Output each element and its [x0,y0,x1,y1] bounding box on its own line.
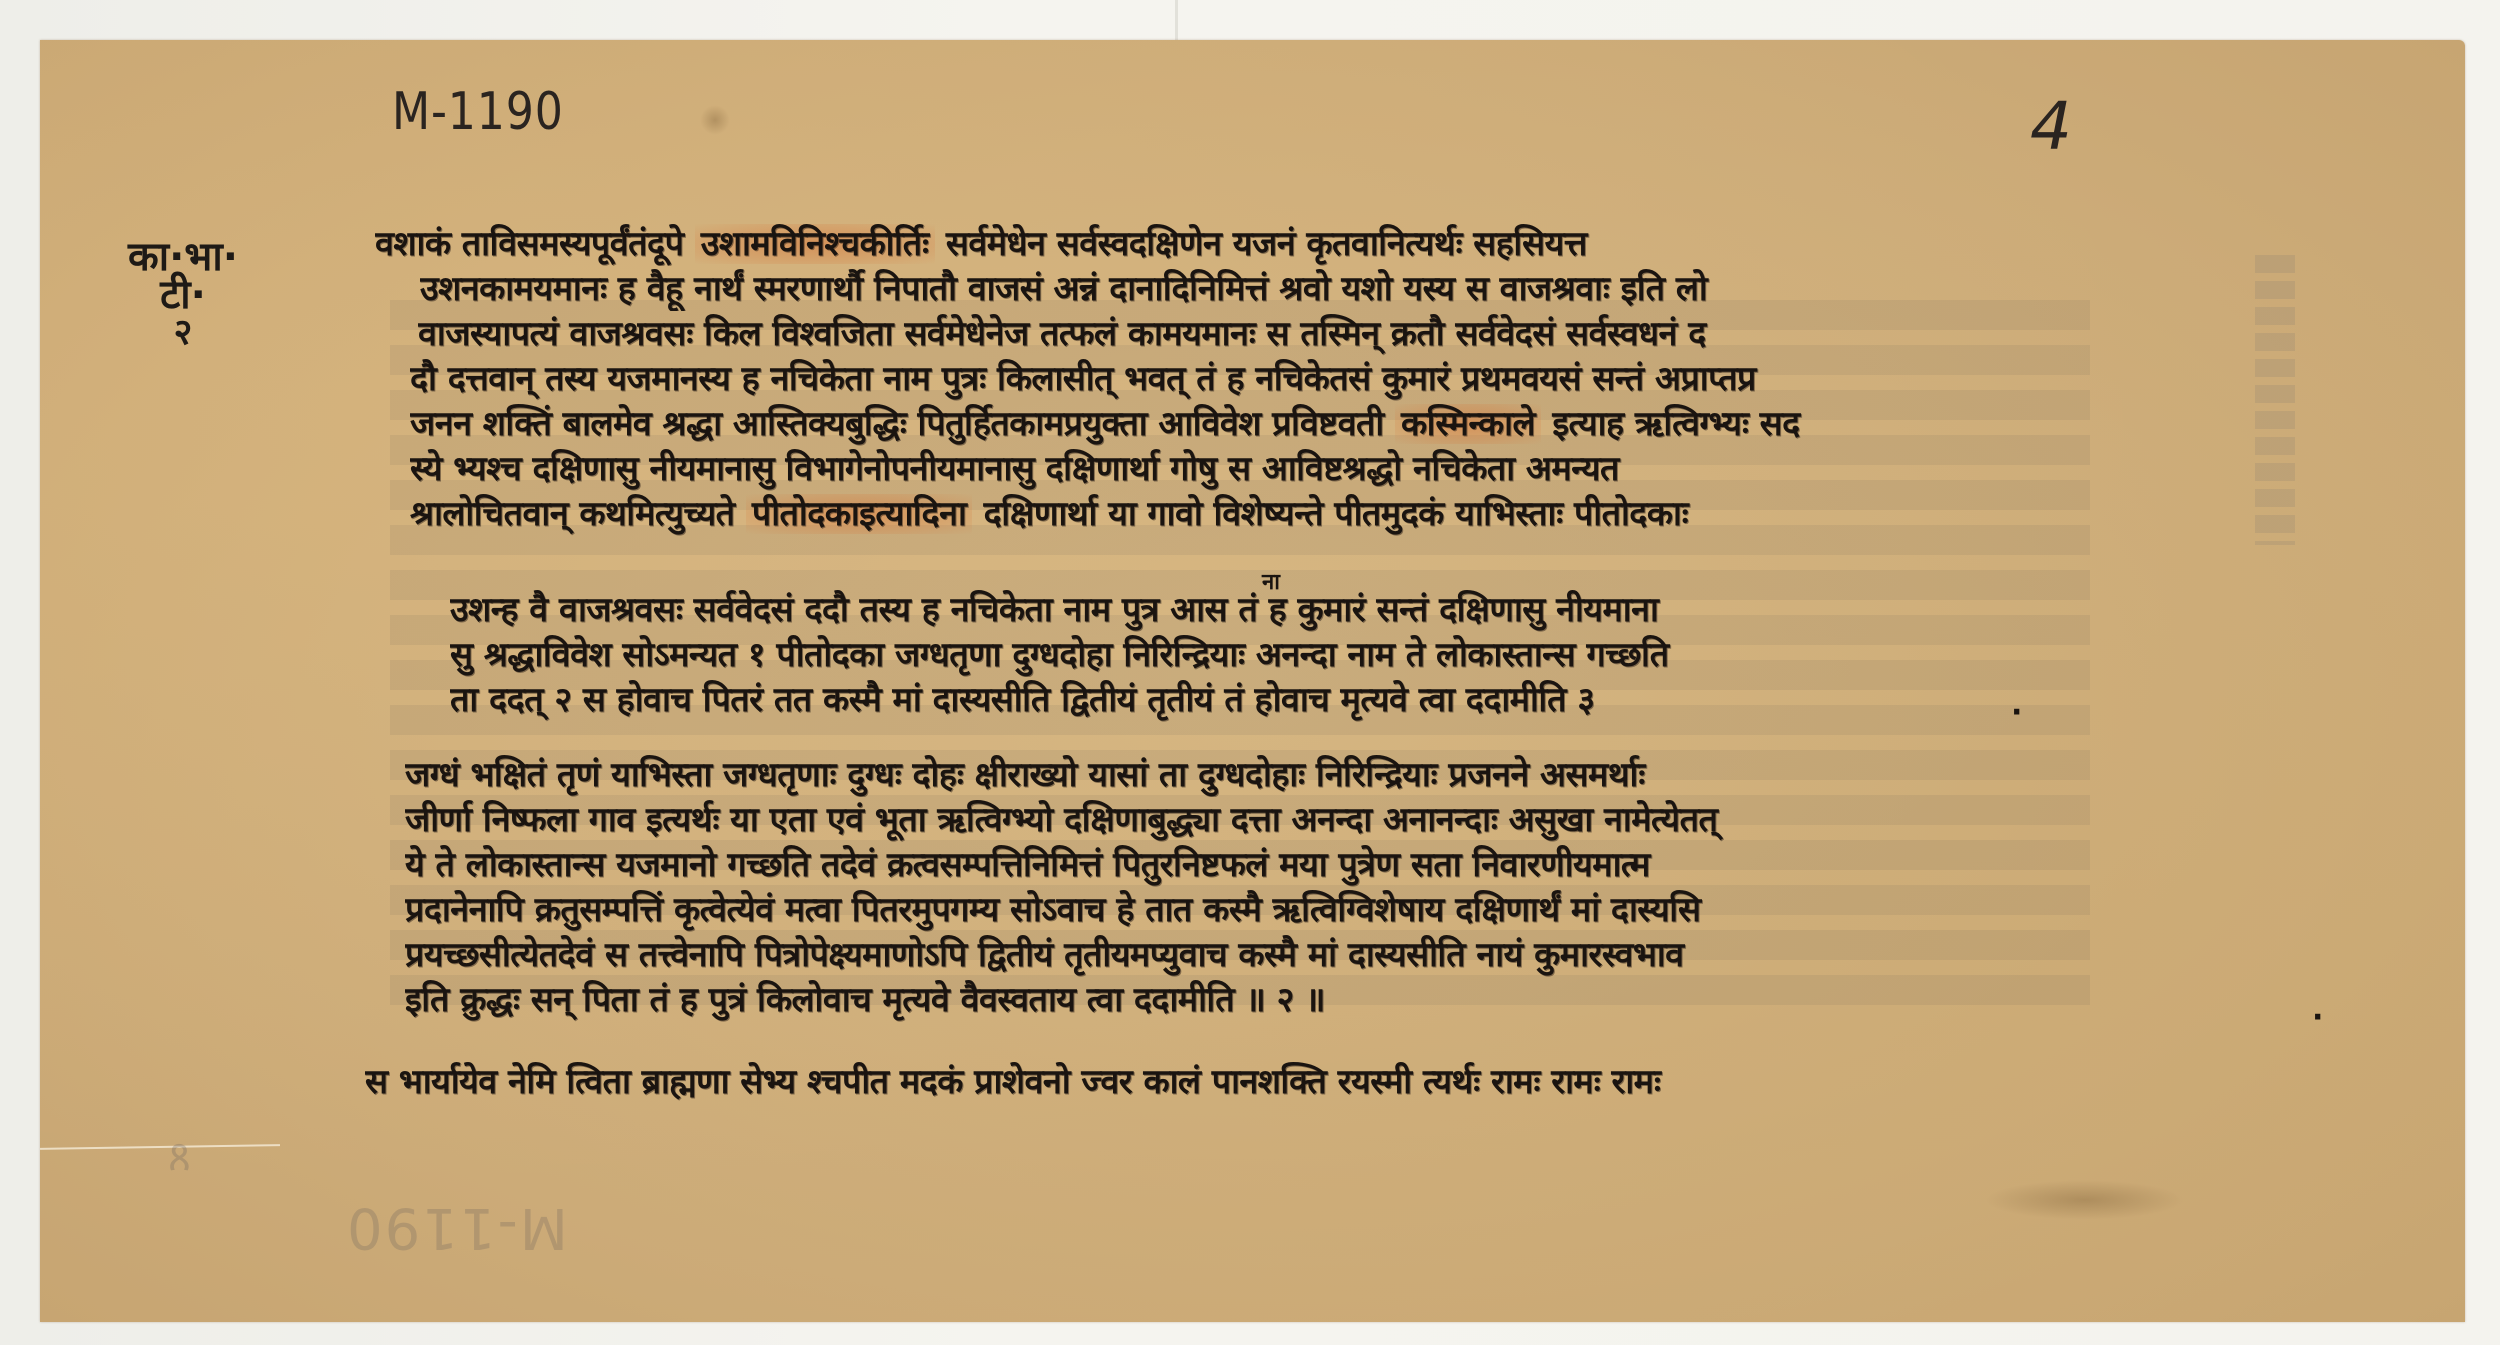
text-segment: श्रालोचितवान् कथमित्युच्यते [410,494,746,534]
colophon-line: स भार्यायेव नेमि त्विता ब्राह्मणा सेभ्य … [365,1060,2180,1104]
text-line-5: जनन शक्तिं बालमेव श्रद्धा आस्तिक्यबुद्धि… [410,402,2130,446]
text-line-9: जीर्णा निष्फला गाव इत्यर्थः या एता एवं भ… [405,798,2140,842]
text-segment: प्रयच्छसीत्येतदेवं स तत्त्वेनापि पित्रोप… [405,935,1684,975]
highlighted-segment: उशामविनिश्चकीर्तिः [695,224,935,264]
text-segment: सर्वमेधेन सर्वस्वदक्षिणेन यजनं कृतवानित्… [935,224,1587,264]
text-segment: ये ते लोकास्तान्स यजमानो गच्छति तदेवं क्… [405,845,1650,885]
verse-number-mark: · [2011,695,2022,730]
text-segment: जीर्णा निष्फला गाव इत्यर्थः या एता एवं भ… [405,800,1717,840]
text-segment: स्ये भ्यश्च दक्षिणासु नीयमानासु विभागेनो… [410,449,1619,489]
text-segment: इति क्रुद्धः सन् पिता तं ह पुत्रं किलोवा… [405,980,1325,1020]
verse-line-2: सु श्रद्धाविवेश सोऽमन्यत १ पीतोदका जग्धत… [450,633,2090,677]
highlighted-segment: पीतोदकाइत्यादिना [746,494,972,534]
text-segment: प्रदानेनापि क्रतुसम्पत्तिं कृत्वेत्येवं … [405,890,1701,930]
text-line-1: वशाकं ताविसमस्यपूर्वंतंदूपे उशामविनिश्चक… [375,222,2150,266]
text-segment: जनन शक्तिं बालमेव श्रद्धा आस्तिक्यबुद्धि… [410,404,1395,444]
text-line-13: इति क्रुद्धः सन् पिता तं ह पुत्रं किलोवा… [405,978,1645,1022]
text-line-11: प्रदानेनापि क्रतुसम्पत्तिं कृत्वेत्येवं … [405,888,2135,932]
text-segment: दौ दत्तवान् तस्य यजमानस्य ह नचिकेता नाम … [410,359,1756,399]
text-line-4: दौ दत्तवान् तस्य यजमानस्य ह नचिकेता नाम … [410,357,2130,401]
manuscript-text: वशाकं ताविसमस्यपूर्वंतंदूपे उशामविनिश्चक… [0,0,2500,1345]
highlighted-segment: कस्मिन्काले [1395,404,1541,444]
text-line-7: श्रालोचितवान् कथमित्युच्यते पीतोदकाइत्या… [410,492,2120,536]
text-segment: सु श्रद्धाविवेश सोऽमन्यत १ पीतोदका जग्धत… [450,635,1669,675]
text-segment: स भार्यायेव नेमि त्विता ब्राह्मणा सेभ्य … [365,1062,1660,1102]
text-segment: जग्धं भक्षितं तृणं याभिस्ता जग्धतृणाः दु… [405,755,1645,795]
text-segment: वाजस्यापत्यं वाजश्रवसः किल विश्वजिता सर्… [418,314,1706,354]
text-line-2: उशनकामयमानः ह वैहू नार्थं स्मरणार्थौ निप… [420,267,2110,311]
text-segment: दक्षिणार्था या गावो विशेष्यन्ते पीतमुदकं… [972,494,1688,534]
text-segment: उशनकामयमानः ह वैहू नार्थं स्मरणार्थौ निप… [420,269,1707,309]
text-line-10: ये ते लोकास्तान्स यजमानो गच्छति तदेवं क्… [405,843,2140,887]
text-line-3: वाजस्यापत्यं वाजश्रवसः किल विश्वजिता सर्… [418,312,2130,356]
text-segment: वशाकं ताविसमस्यपूर्वंतंदूपे [375,224,695,264]
verse-line-1: उशन्ह वै वाजश्रवसः सर्ववेदसं ददौ तस्य ह … [450,588,2090,632]
verse-line-3: ता ददत् २ स होवाच पितरं तत कस्मै मां दास… [450,678,2030,722]
text-line-6: स्ये भ्यश्च दक्षिणासु नीयमानासु विभागेनो… [410,447,2135,491]
text-segment: इत्याह ऋत्विग्भ्यः सद [1541,404,1800,444]
text-segment: उशन्ह वै वाजश्रवसः सर्ववेदसं ददौ तस्य ह … [450,590,1658,630]
text-line-12: प्रयच्छसीत्येतदेवं स तत्त्वेनापि पित्रोप… [405,933,2125,977]
stray-ink-mark: · [2312,1000,2323,1035]
text-segment: ता ददत् २ स होवाच पितरं तत कस्मै मां दास… [450,680,1595,720]
text-line-8: जग्धं भक्षितं तृणं याभिस्ता जग्धतृणाः दु… [405,753,2135,797]
